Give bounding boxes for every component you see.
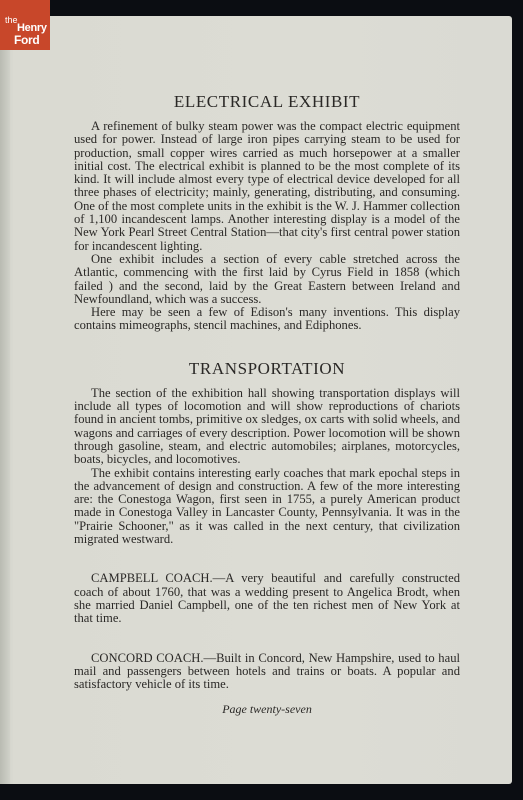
- paragraph: The exhibit contains interesting early c…: [74, 467, 460, 547]
- paragraph: Here may be seen a few of Edison's many …: [74, 306, 460, 333]
- heading-electrical-exhibit: ELECTRICAL EXHIBIT: [74, 92, 460, 112]
- paragraph: A refinement of bulky steam power was th…: [74, 120, 460, 253]
- logo-text-the: the: [5, 16, 18, 25]
- paragraph-concord-coach: CONCORD COACH.—Built in Concord, New Ham…: [74, 652, 460, 692]
- page-content: ELECTRICAL EXHIBIT A refinement of bulky…: [74, 92, 460, 717]
- henry-ford-logo: the Henry Ford: [0, 0, 50, 50]
- page-spine: [0, 16, 10, 784]
- paragraph: One exhibit includes a section of every …: [74, 253, 460, 306]
- document-page: ELECTRICAL EXHIBIT A refinement of bulky…: [0, 16, 512, 784]
- heading-transportation: TRANSPORTATION: [74, 359, 460, 379]
- paragraph: The section of the exhibition hall showi…: [74, 387, 460, 467]
- paragraph-campbell-coach: CAMPBELL COACH.—A very beautiful and car…: [74, 572, 460, 625]
- logo-text-ford: Ford: [14, 34, 39, 46]
- page-number: Page twenty-seven: [74, 703, 460, 716]
